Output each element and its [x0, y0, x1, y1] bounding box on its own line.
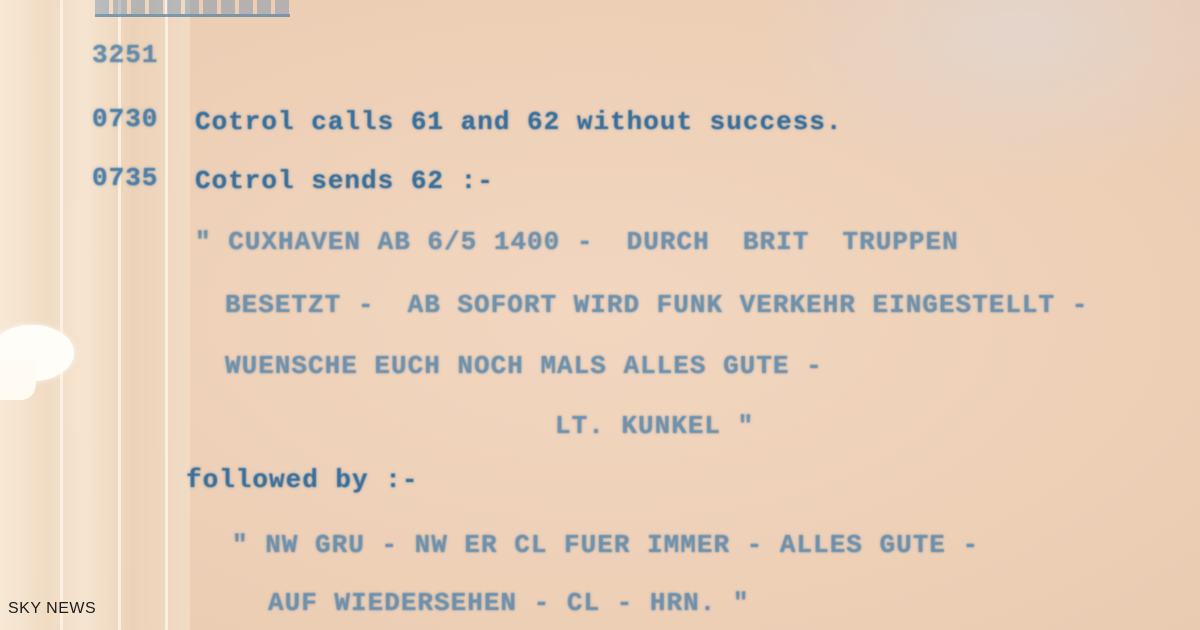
message-line: WUENSCHE EUCH NOCH MALS ALLES GUTE -	[225, 351, 823, 381]
log-time: 0735	[92, 163, 158, 193]
message-line: BESETZT - AB SOFORT WIRD FUNK VERKEHR EI…	[225, 290, 1088, 320]
log-entry: Cotrol sends 62 :-	[195, 166, 494, 196]
message-signature: LT. KUNKEL "	[555, 411, 754, 441]
message-line: " NW GRU - NW ER CL FUER IMMER - ALLES G…	[232, 530, 979, 560]
message-line: AUF WIEDERSEHEN - CL - HRN. "	[268, 588, 749, 618]
log-time: 0730	[92, 104, 158, 134]
paper-crease	[60, 0, 63, 630]
sky-news-watermark: SKY NEWS	[8, 600, 96, 618]
paper-crease	[118, 0, 121, 630]
log-entry: Cotrol calls 61 and 62 without success.	[195, 107, 843, 137]
message-line: " CUXHAVEN AB 6/5 1400 - DURCH BRIT TRUP…	[195, 227, 959, 257]
followed-by-label: followed by :-	[186, 465, 418, 495]
torn-paper-edge	[0, 360, 36, 400]
folded-paper-edge	[0, 0, 190, 630]
underlined-heading	[95, 0, 290, 17]
paper-crease	[165, 0, 168, 630]
log-time: 3251	[92, 40, 158, 70]
